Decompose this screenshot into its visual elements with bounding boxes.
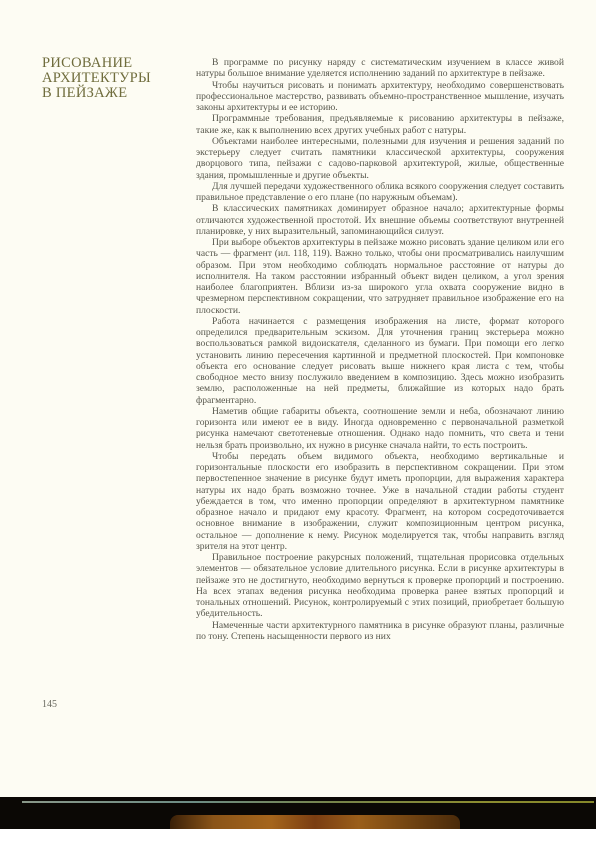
paragraph: Для лучшей передачи художественного обли… xyxy=(196,181,564,204)
paragraph: Программные требования, предъявляемые к … xyxy=(196,113,564,136)
book-page: РИСОВАНИЕ АРХИТЕКТУРЫ В ПЕЙЗАЖЕ В програ… xyxy=(0,0,596,850)
paragraph: Работа начинается с размещения изображен… xyxy=(196,316,564,406)
paragraph: Объектами наиболее интересными, полезным… xyxy=(196,136,564,181)
heading-line: В ПЕЙЗАЖЕ xyxy=(42,86,192,101)
decorative-line xyxy=(22,801,594,803)
paragraph: В программе по рисунку наряду с системат… xyxy=(196,57,564,80)
chapter-heading: РИСОВАНИЕ АРХИТЕКТУРЫ В ПЕЙЗАЖЕ xyxy=(42,56,192,101)
bottom-image-strip xyxy=(0,797,596,829)
heading-line: АРХИТЕКТУРЫ xyxy=(42,71,192,86)
paragraph: При выборе объектов архитектуры в пейзаж… xyxy=(196,237,564,316)
paragraph: Чтобы передать объем видимого объекта, н… xyxy=(196,451,564,552)
paragraph: Наметив общие габариты объекта, соотноше… xyxy=(196,406,564,451)
illustration-fragment xyxy=(170,815,460,829)
paragraph: Правильное построение ракурсных положени… xyxy=(196,552,564,620)
paragraph: Чтобы научиться рисовать и понимать архи… xyxy=(196,80,564,114)
page-number: 145 xyxy=(42,699,57,710)
scan-margin xyxy=(0,829,600,850)
body-text: В программе по рисунку наряду с системат… xyxy=(196,57,564,642)
heading-line: РИСОВАНИЕ xyxy=(42,56,192,71)
paragraph: Намеченные части архитектурного памятник… xyxy=(196,620,564,643)
paragraph: В классических памятниках доминирует обр… xyxy=(196,203,564,237)
